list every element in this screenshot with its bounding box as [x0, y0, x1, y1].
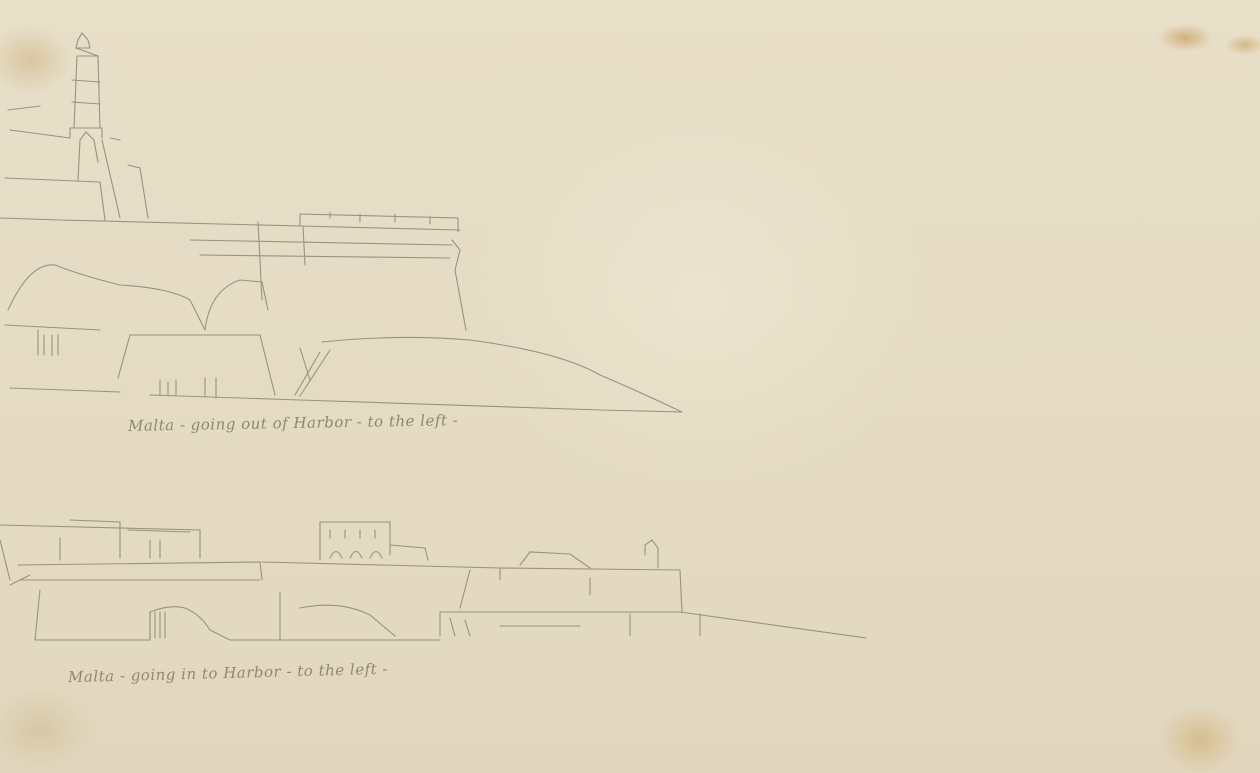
pencil-sketches	[0, 0, 1260, 773]
sketchbook-page: Malta - going out of Harbor - to the lef…	[0, 0, 1260, 773]
upper-sketch-drawing	[0, 33, 682, 412]
lower-sketch-drawing	[0, 520, 866, 640]
